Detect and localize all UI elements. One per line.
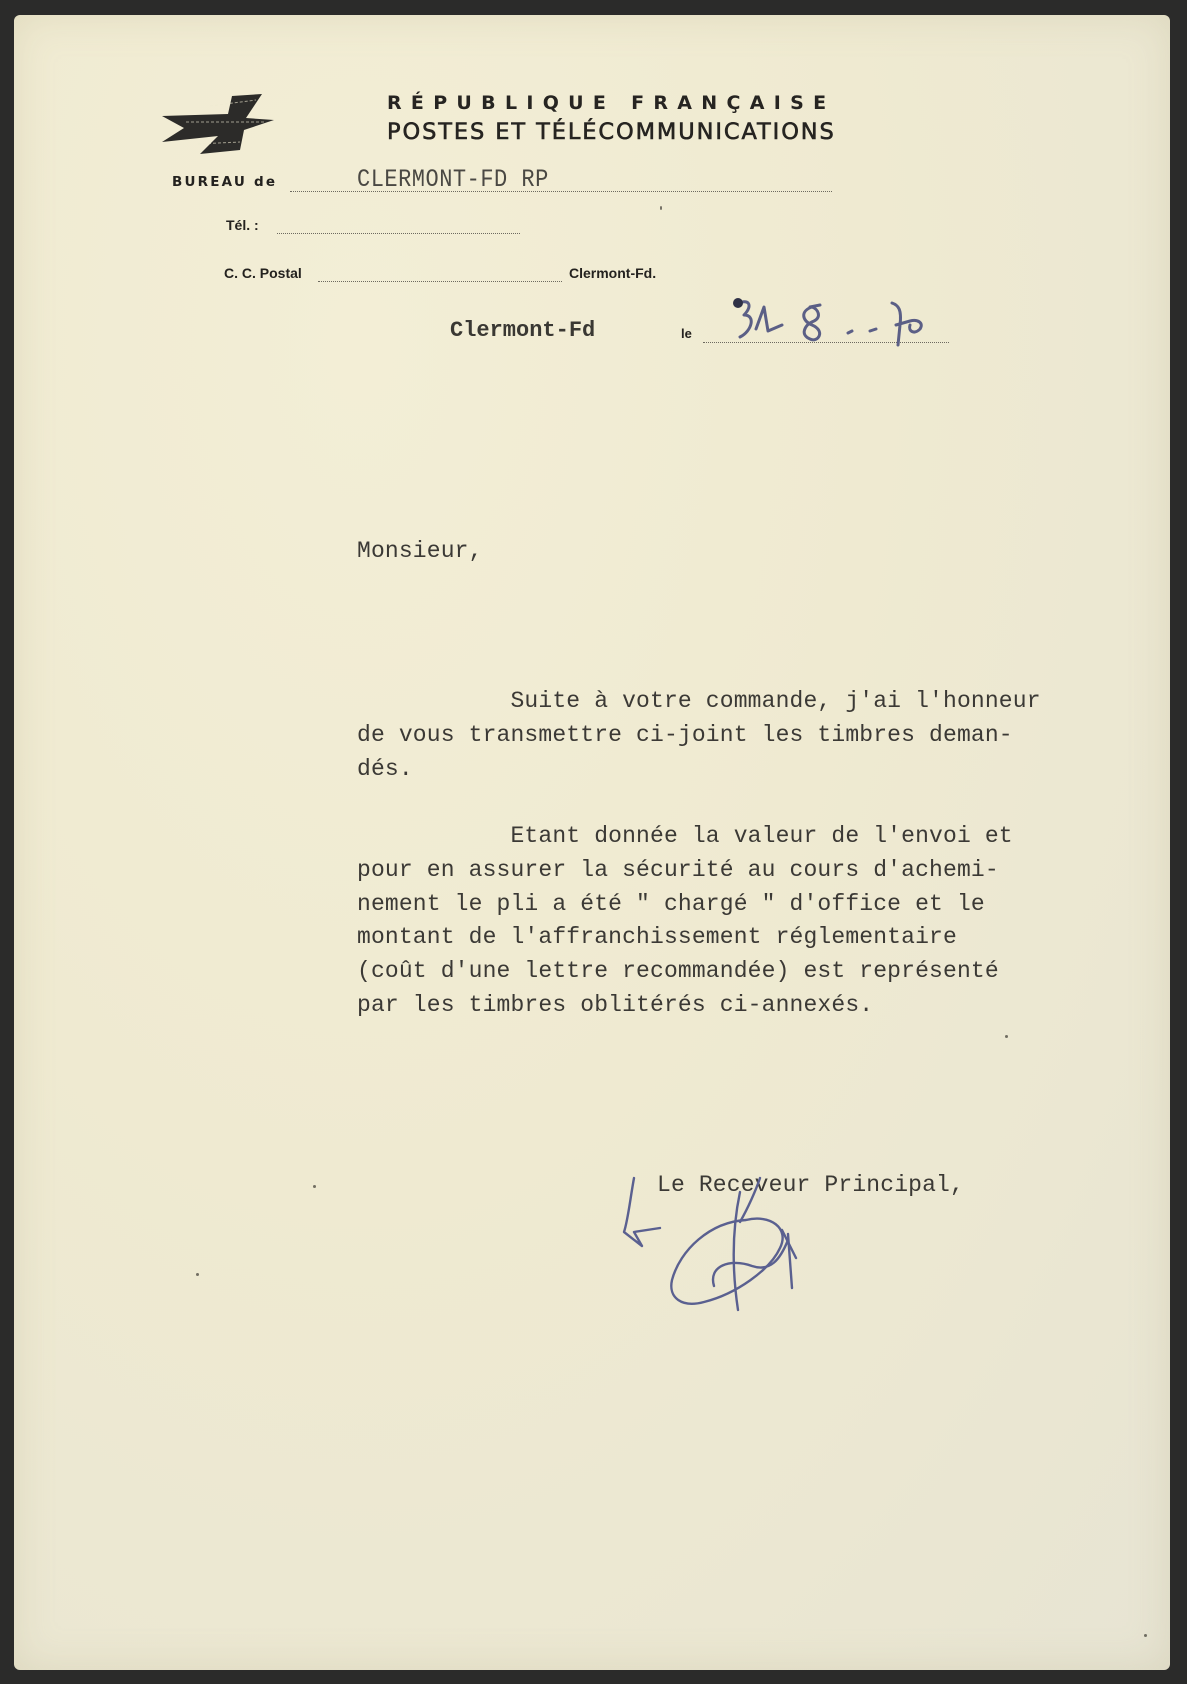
- salutation: Monsieur,: [357, 535, 483, 569]
- paragraph-2: Etant donnée la valeur de l'envoi et pou…: [357, 820, 1013, 1023]
- paragraph-1: Suite à votre commande, j'ai l'honneur d…: [357, 685, 1041, 786]
- ccp-city: Clermont-Fd.: [569, 265, 656, 281]
- paper-speck: [660, 206, 662, 210]
- closing: Le Receveur Principal,: [657, 1169, 964, 1203]
- tel-label: Tél. :: [226, 217, 259, 233]
- ccp-dotted-line: [318, 281, 562, 282]
- bureau-value: CLERMONT-FD RP: [357, 166, 549, 194]
- date-le-label: le: [681, 326, 692, 341]
- paper-speck: [196, 1273, 199, 1276]
- date-dotted-line: [703, 342, 949, 343]
- paper-speck: [313, 1185, 316, 1188]
- republic-heading: RÉPUBLIQUE FRANÇAISE: [387, 92, 835, 114]
- date-place: Clermont-Fd: [450, 318, 595, 343]
- paper-speck: [1005, 1035, 1008, 1038]
- la-poste-bird-icon: [158, 92, 282, 158]
- paper-speck: [1144, 1634, 1147, 1637]
- bureau-label: BUREAU de: [172, 174, 277, 190]
- tel-dotted-line: [277, 233, 520, 234]
- administration-heading: POSTES ET TÉLÉCOMMUNICATIONS: [387, 119, 836, 145]
- ccp-label: C. C. Postal: [224, 265, 302, 281]
